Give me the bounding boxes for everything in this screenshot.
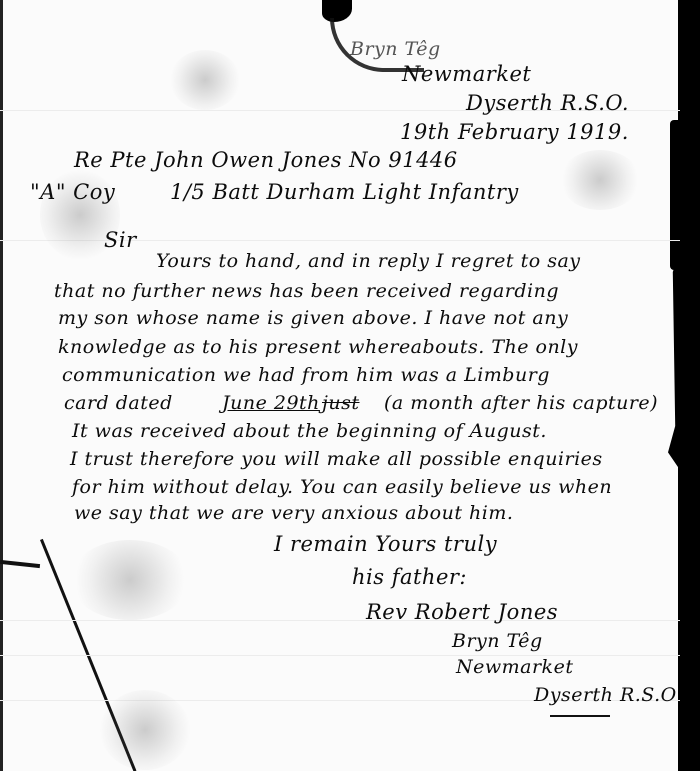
salutation: Sir bbox=[104, 228, 137, 252]
stain bbox=[170, 50, 240, 110]
closing-line: I remain Yours truly bbox=[274, 532, 497, 556]
signature-town: Newmarket bbox=[456, 656, 573, 678]
body-line: Yours to hand, and in reply I regret to … bbox=[156, 250, 581, 272]
struck-word: just bbox=[322, 392, 360, 414]
body-line: we say that we are very anxious about hi… bbox=[74, 502, 513, 524]
body-line: communication we had from him was a Limb… bbox=[62, 364, 550, 386]
body-line: my son whose name is given above. I have… bbox=[58, 307, 568, 329]
reference-battalion: 1/5 Batt Durham Light Infantry bbox=[170, 180, 519, 204]
ruled-line bbox=[0, 655, 680, 656]
body-line: I trust therefore you will make all poss… bbox=[70, 448, 603, 470]
body-line: that no further news has been received r… bbox=[54, 280, 559, 302]
stain bbox=[70, 540, 190, 620]
closing-relation: his father: bbox=[352, 565, 467, 589]
scan-right-border bbox=[678, 0, 700, 771]
signature: Rev Robert Jones bbox=[366, 600, 558, 624]
signature-house-name: Bryn Têg bbox=[452, 630, 543, 652]
body-line: knowledge as to his present whereabouts.… bbox=[58, 336, 578, 358]
body-line: for him without delay. You can easily be… bbox=[72, 476, 612, 498]
signature-underline bbox=[550, 715, 610, 717]
stain bbox=[100, 690, 190, 770]
body-line: card dated bbox=[64, 392, 173, 414]
header-town: Newmarket bbox=[402, 62, 531, 86]
header-house-name: Bryn Têg bbox=[350, 38, 441, 60]
body-line: (a month after his capture) bbox=[384, 392, 658, 414]
header-post-town: Dyserth R.S.O. bbox=[466, 91, 629, 115]
ruled-line bbox=[0, 620, 680, 621]
letter-date: 19th February 1919. bbox=[400, 120, 629, 144]
paper-tear bbox=[0, 560, 40, 568]
reference-company: "A" Coy bbox=[30, 180, 115, 204]
card-date: June 29th bbox=[222, 392, 320, 414]
scanned-letter-page: Bryn Têg Newmarket Dyserth R.S.O. 19th F… bbox=[0, 0, 700, 771]
stain bbox=[560, 150, 640, 210]
signature-post-town: Dyserth R.S.O bbox=[534, 684, 677, 706]
body-line: It was received about the beginning of A… bbox=[72, 420, 547, 442]
reference-soldier: Re Pte John Owen Jones No 91446 bbox=[74, 148, 458, 172]
